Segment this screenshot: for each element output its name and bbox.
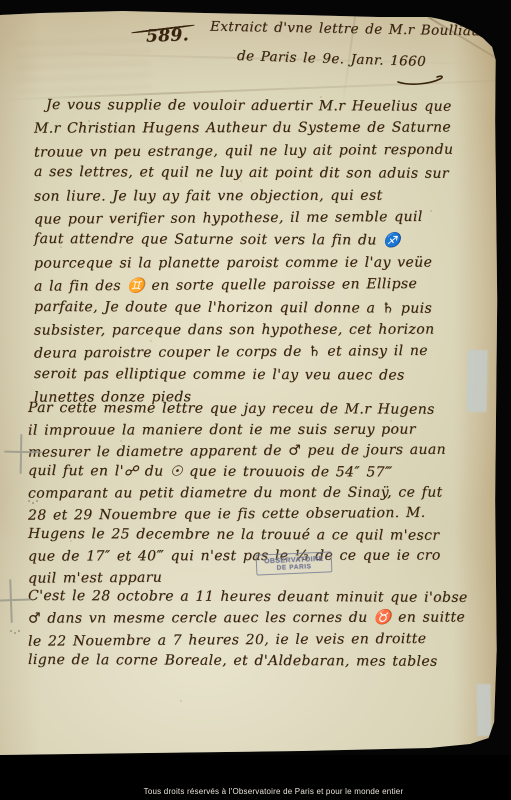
pencil-scribble xyxy=(10,630,12,632)
letter-dateline: de Paris le 9e. Janr. 1660 xyxy=(237,48,427,70)
manuscript-line: quil fut en l'☍ du ☉ que ie trouuois de … xyxy=(28,461,506,484)
pencil-scribble xyxy=(28,500,30,502)
manuscript-line: comparant au petit diametre du mont de S… xyxy=(28,482,506,504)
observatory-stamp: OBSERVATOIRE DE PARIS xyxy=(256,551,333,575)
manuscript-line: a ses lettres, et quil ne luy ait point … xyxy=(34,161,504,185)
manuscript-line: faut attendre que Saturne soit vers la f… xyxy=(34,228,504,252)
foxing-specks xyxy=(0,0,2,2)
ink-flourish-icon xyxy=(396,72,448,86)
catalog-number: 589. xyxy=(146,25,190,46)
manuscript-line: mesurer le diametre apparent de ♂ peu de… xyxy=(28,439,506,463)
manuscript-paper: 589. Extraict d'vne lettre de M.r Boulli… xyxy=(0,0,511,800)
manuscript-line: a la fin des ♊ en sorte quelle paroisse … xyxy=(34,272,504,298)
letter-paragraph-3: C'est le 28 octobre a 11 heures deuant m… xyxy=(28,587,506,672)
copyright-text: Tous droits réservés à l'Observatoire de… xyxy=(144,787,404,796)
manuscript-line: Hugens le 25 decembre ne la trouué a ce … xyxy=(28,524,506,547)
manuscript-line: il improuue la maniere dont ie me suis s… xyxy=(28,419,506,441)
manuscript-line: que pour verifier son hypothese, il me s… xyxy=(34,205,504,231)
pencil-cross-mark xyxy=(0,578,32,623)
manuscript-line: ligne de la corne Boreale, et d'Aldebara… xyxy=(28,650,506,673)
manuscript-line: son liure. Je luy ay fait vne objection,… xyxy=(34,184,504,208)
manuscript-line: seroit pas elliptique comme ie l'ay veu … xyxy=(34,363,504,387)
manuscript-line: parfaite, Je doute que l'horizon quil do… xyxy=(34,295,504,319)
pencil-cross-mark xyxy=(4,434,43,475)
letter-title: Extraict d'vne lettre de M.r Boulliau xyxy=(210,19,481,40)
manuscript-line: trouue vn peu estrange, quil ne luy ait … xyxy=(34,138,504,164)
letter-paragraph-1: Je vous supplie de vouloir aduertir M.r … xyxy=(34,95,504,408)
scanned-manuscript-page: 589. Extraict d'vne lettre de M.r Boulli… xyxy=(0,0,511,800)
manuscript-line: M.r Christian Hugens Autheur du Systeme … xyxy=(34,117,504,141)
manuscript-line: Par cette mesme lettre que jay receu de … xyxy=(28,398,506,421)
verso-ink-showthrough xyxy=(15,38,152,101)
manuscript-line: C'est le 28 octobre a 11 heures deuant m… xyxy=(28,586,506,609)
manuscript-line: 28 et 29 Nouembre que ie fis cette obser… xyxy=(28,502,506,526)
manuscript-line: ♂ dans vn mesme cercle auec les cornes d… xyxy=(28,608,506,631)
repair-tape-patch xyxy=(477,684,492,736)
copyright-bar: Tous droits réservés à l'Observatoire de… xyxy=(0,755,511,800)
manuscript-line: Je vous supplie de vouloir aduertir M.r … xyxy=(46,94,504,118)
manuscript-line: subsister, parceque dans son hypothese, … xyxy=(34,318,504,342)
manuscript-line: deura paroistre couper le corps de ♄ et … xyxy=(34,340,504,366)
manuscript-line: pourceque si la planette paroist comme i… xyxy=(34,251,504,275)
manuscript-line: le 22 Nouembre a 7 heures 20, ie le veis… xyxy=(28,628,506,653)
